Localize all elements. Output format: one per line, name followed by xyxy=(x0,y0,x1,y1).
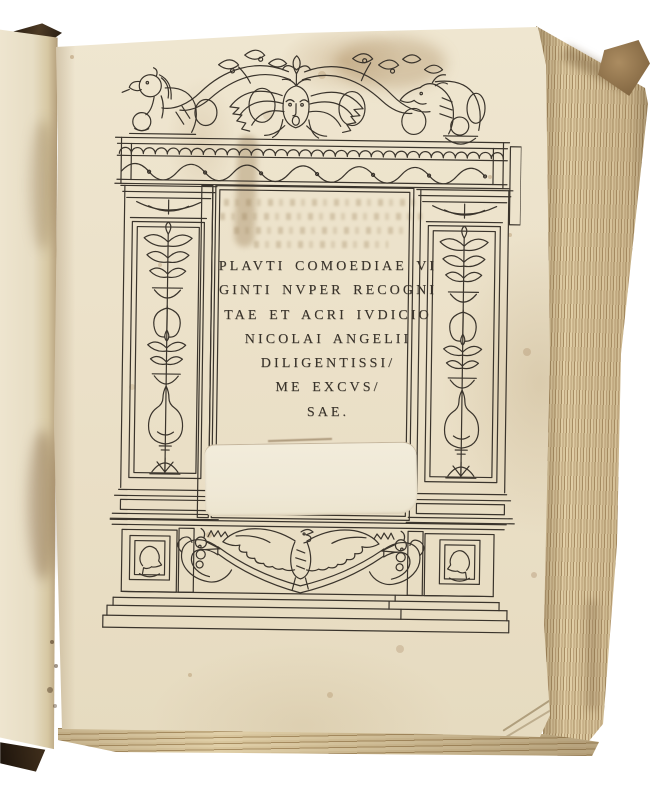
portrait-medallion-left xyxy=(129,536,170,581)
capital-right xyxy=(416,189,512,222)
title-line: DILIGENTISSI/ xyxy=(128,352,528,376)
ball-pendant-left xyxy=(195,528,207,568)
base-left xyxy=(110,489,218,520)
outer-shadow-hatch xyxy=(509,147,521,225)
base-steps xyxy=(103,591,509,633)
eagle-figure xyxy=(222,528,379,591)
ball-pendant-right xyxy=(395,531,407,571)
fore-edge-stain-lower xyxy=(586,600,598,710)
pedestal-right xyxy=(424,534,494,597)
title-text: PLAVTI COMOEDIAE VI GINTI NVPER RECOGNI … xyxy=(128,255,528,425)
erased-patch xyxy=(205,442,418,517)
title-line: SAE. xyxy=(128,401,528,425)
base-right xyxy=(406,493,514,524)
gutter-specks xyxy=(50,640,54,644)
gutter-stain-lower xyxy=(28,430,58,580)
lion-figure xyxy=(122,67,197,134)
foxing-spots xyxy=(70,55,74,59)
entablature xyxy=(115,137,510,188)
title-line: TAE ET ACRI IVDICIO xyxy=(128,304,528,328)
title-line: NICOLAI ANGELII xyxy=(128,328,528,352)
photo-of-book: PLAVTI COMOEDIAE VI GINTI NVPER RECOGNI … xyxy=(0,0,656,800)
bottom-panel xyxy=(109,519,506,597)
crest xyxy=(122,48,486,144)
gutter-stain-upper xyxy=(30,120,56,250)
title-line: GINTI NVPER RECOGNI xyxy=(128,279,528,303)
portrait-medallion-right xyxy=(439,540,480,585)
title-line: ME EXCVS/ xyxy=(128,376,528,400)
title-line: PLAVTI COMOEDIAE VI xyxy=(128,255,528,279)
title-page: PLAVTI COMOEDIAE VI GINTI NVPER RECOGNI … xyxy=(50,25,555,740)
